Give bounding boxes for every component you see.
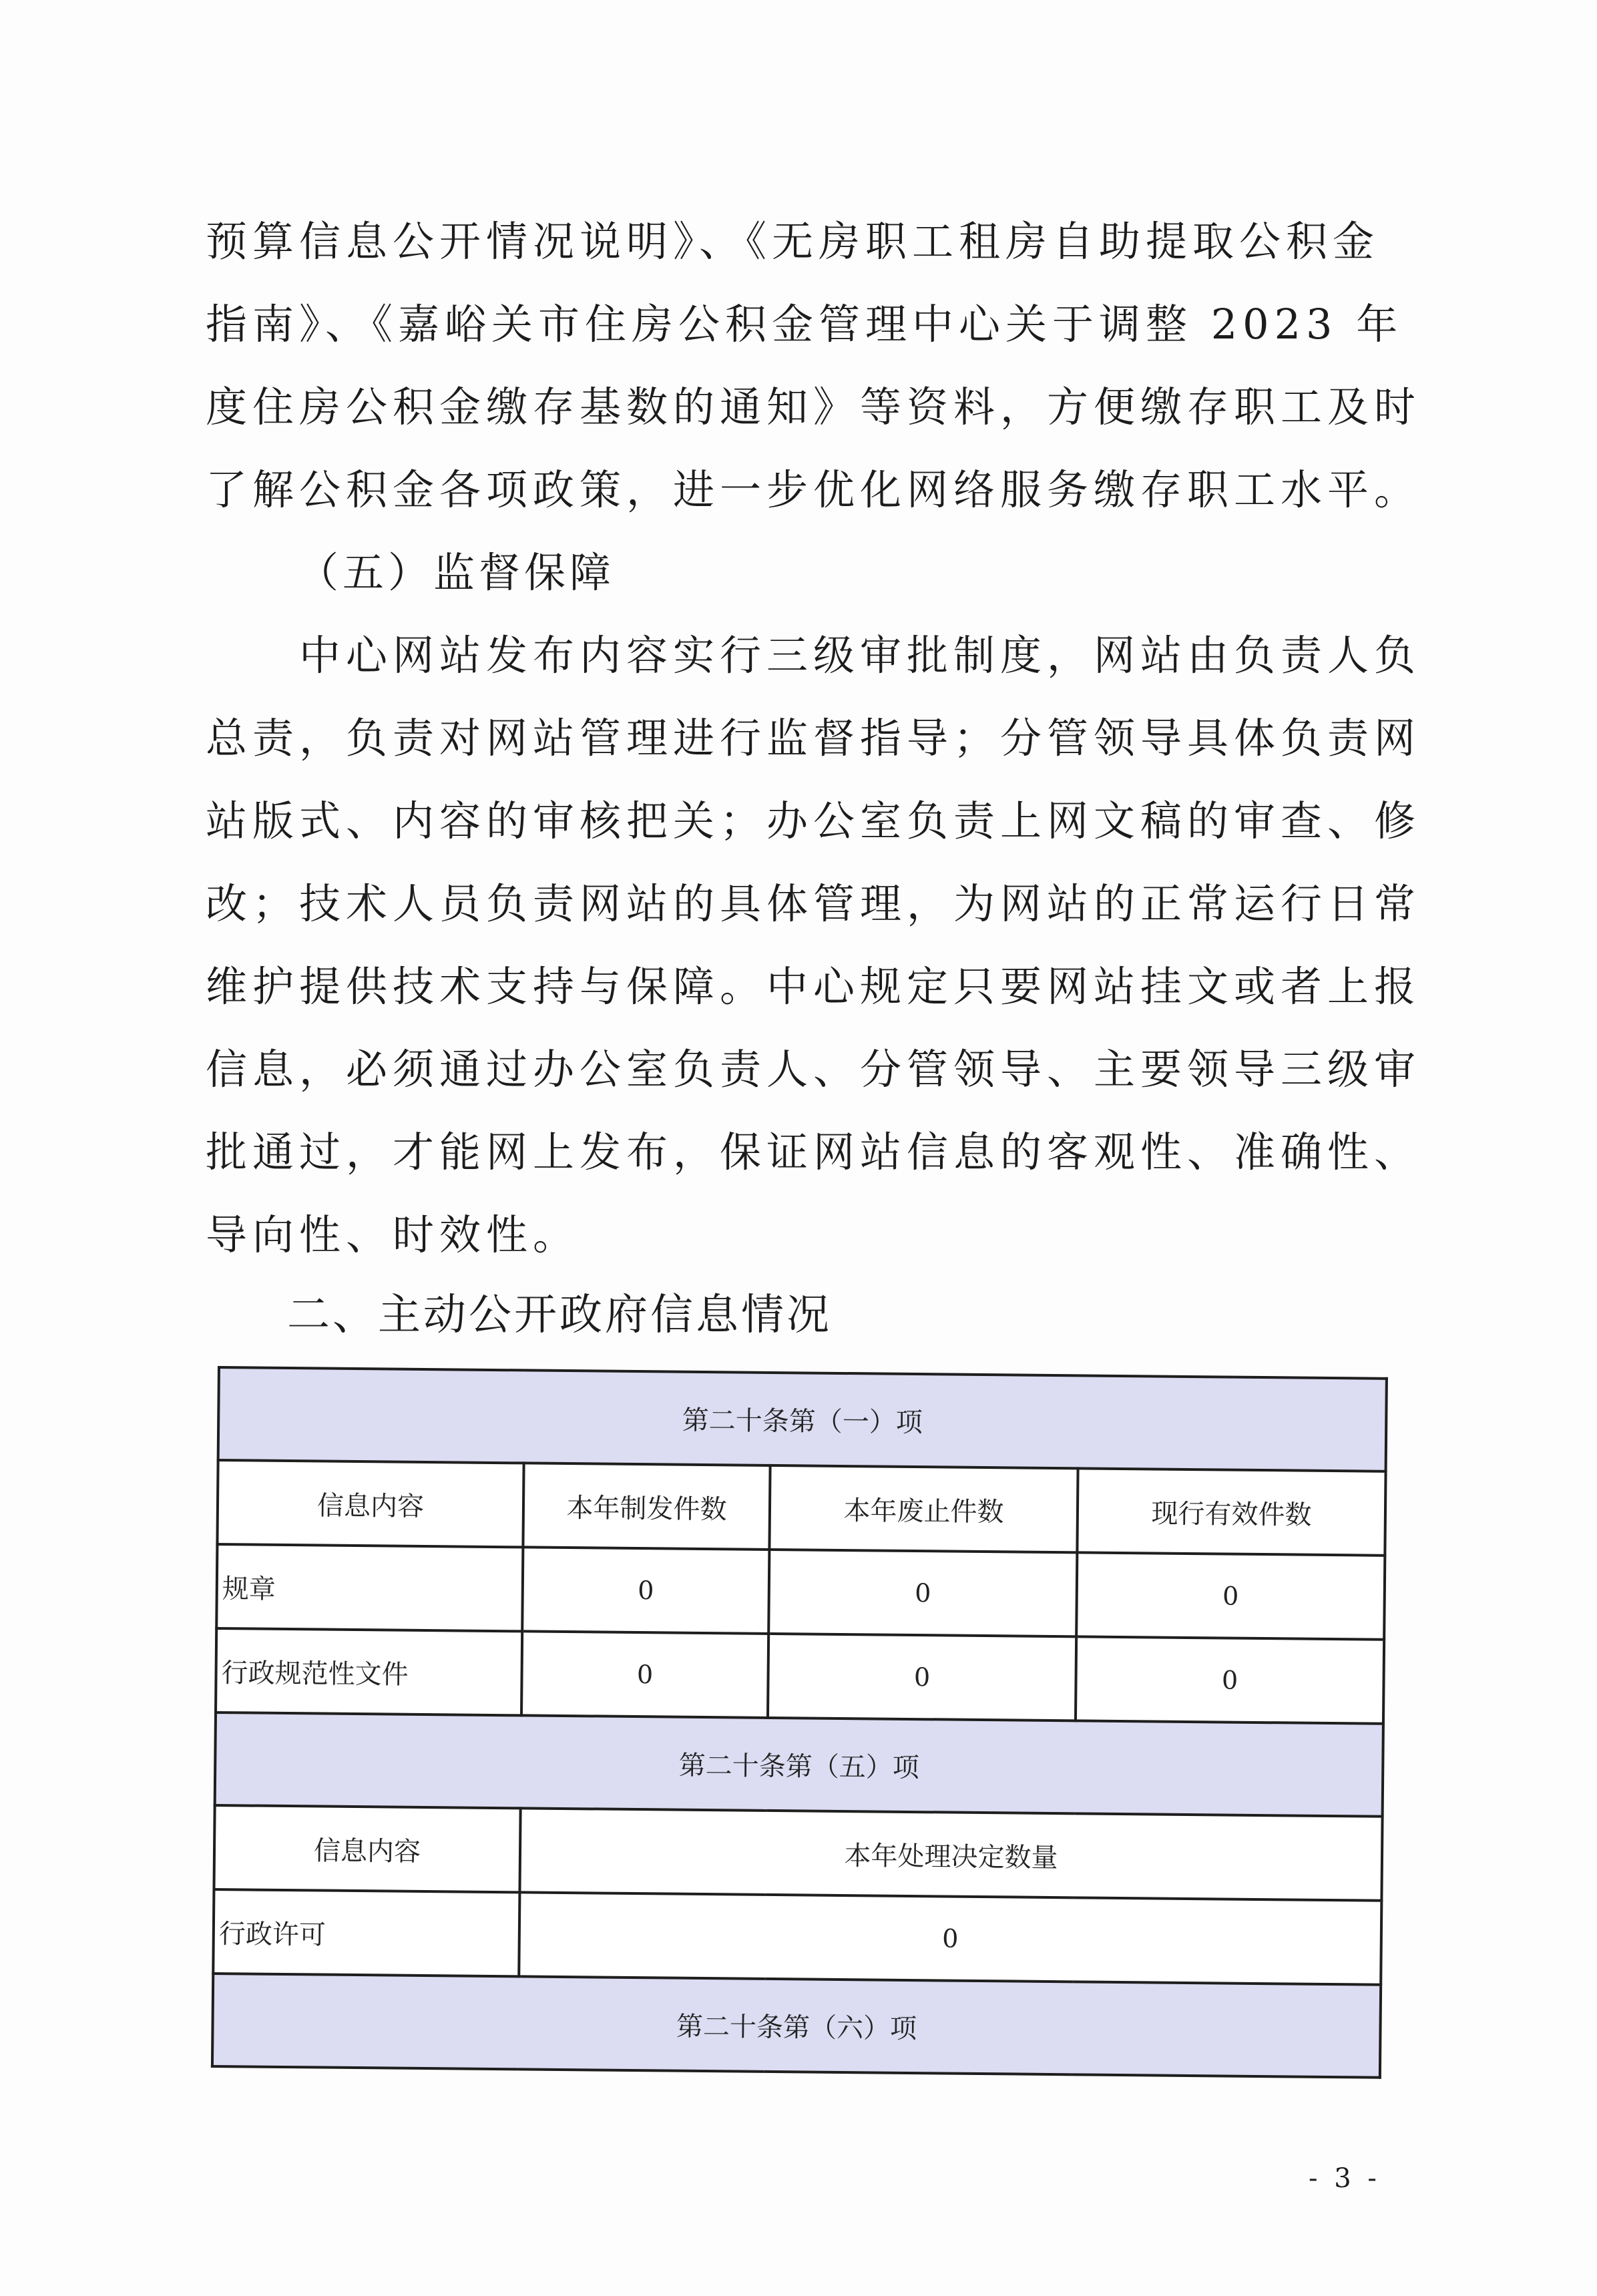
cell-value: 0 <box>522 1547 769 1634</box>
text-line: 批通过，才能网上发布，保证网站信息的客观性、准确性、 <box>206 1111 1367 1194</box>
band-title-article-20-1: 第二十条第（一）项 <box>218 1367 1387 1471</box>
cell-value: 0 <box>1076 1636 1384 1723</box>
text-line: 度住房公积金缴存基数的通知》等资料，方便缴存职工及时 <box>206 366 1367 449</box>
band-title-article-20-5: 第二十条第（五）项 <box>215 1712 1383 1817</box>
text-line: 总责，负责对网站管理进行监督指导；分管领导具体负责网 <box>206 697 1367 780</box>
table-row: 规章 0 0 0 <box>216 1544 1385 1640</box>
text-line: 改；技术人员负责网站的具体管理，为网站的正常运行日常 <box>206 863 1367 945</box>
text-line: 指南》、《嘉峪关市住房公积金管理中心关于调整 2023 年 <box>206 283 1367 366</box>
text-line: 了解公积金各项政策，进一步优化网络服务缴存职工水平。 <box>206 449 1367 531</box>
column-header: 信息内容 <box>217 1460 523 1547</box>
text-line: 站版式、内容的审核把关；办公室负责上网文稿的审查、修 <box>206 780 1367 863</box>
text-line: 导向性、时效性。 <box>206 1194 1367 1277</box>
row-label: 行政许可 <box>213 1889 519 1976</box>
page-number: - 3 - <box>1309 2163 1381 2194</box>
cell-value: 0 <box>1076 1552 1385 1639</box>
paragraph-continued: 预算信息公开情况说明》、《无房职工租房自助提取公积金 指南》、《嘉峪关市住房公积… <box>206 200 1367 531</box>
section-heading: 二、主动公开政府信息情况 <box>287 1281 832 1342</box>
cell-value: 0 <box>521 1631 768 1718</box>
band-title-article-20-6: 第二十条第（六）项 <box>212 1974 1381 2078</box>
table-band-row: 第二十条第（五）项 <box>215 1712 1383 1817</box>
cell-value: 0 <box>768 1550 1077 1636</box>
column-header: 本年制发件数 <box>523 1463 770 1550</box>
text-line: 中心网站发布内容实行三级审批制度，网站由负责人负 <box>206 614 1367 697</box>
table-header-row: 信息内容 本年制发件数 本年废止件数 现行有效件数 <box>217 1460 1385 1556</box>
table-row: 行政规范性文件 0 0 0 <box>216 1628 1384 1724</box>
table-row: 行政许可 0 <box>213 1889 1381 1985</box>
text-line: 维护提供技术支持与保障。中心规定只要网站挂文或者上报 <box>206 945 1367 1028</box>
subsection-title: （五）监督保障 <box>297 531 615 614</box>
column-header: 现行有效件数 <box>1077 1468 1385 1555</box>
column-header: 本年废止件数 <box>770 1465 1078 1552</box>
column-header: 信息内容 <box>214 1805 520 1892</box>
disclosure-table: 第二十条第（一）项 信息内容 本年制发件数 本年废止件数 现行有效件数 规章 0… <box>211 1366 1388 2079</box>
table-header-row: 信息内容 本年处理决定数量 <box>214 1805 1382 1901</box>
column-header: 本年处理决定数量 <box>519 1808 1382 1900</box>
table-band-row: 第二十条第（一）项 <box>218 1367 1387 1471</box>
table-band-row: 第二十条第（六）项 <box>212 1974 1381 2078</box>
cell-value: 0 <box>768 1634 1076 1720</box>
text-line: 信息，必须通过办公室负责人、分管领导、主要领导三级审 <box>206 1028 1367 1111</box>
row-label: 行政规范性文件 <box>216 1628 522 1715</box>
cell-value: 0 <box>519 1892 1381 1984</box>
row-label: 规章 <box>216 1544 523 1631</box>
text-line: 预算信息公开情况说明》、《无房职工租房自助提取公积金 <box>206 200 1367 283</box>
paragraph-supervision: 中心网站发布内容实行三级审批制度，网站由负责人负 总责，负责对网站管理进行监督指… <box>206 614 1367 1277</box>
